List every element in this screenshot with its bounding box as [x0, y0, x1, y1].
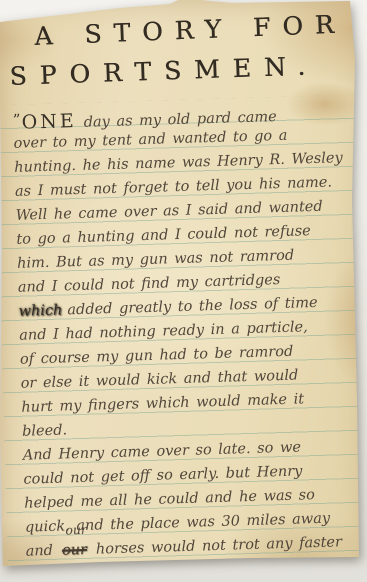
story-title: A STORY FOR SPORTSMEN.: [0, 11, 361, 91]
line-text: bleed.: [22, 422, 67, 439]
title-line-1: A STORY FOR: [34, 9, 360, 51]
paper-shadow: A STORY FOR SPORTSMEN. ”ONEday as my old…: [0, 0, 367, 582]
manuscript-paper: A STORY FOR SPORTSMEN. ”ONEday as my old…: [0, 0, 367, 582]
correction-group: ourour: [62, 538, 88, 563]
line-text: added greatly to the loss of time: [67, 295, 318, 318]
smudged-word: which: [18, 303, 62, 320]
struck-word: our: [62, 542, 87, 559]
story-body: ”ONEday as my old pard came over to my t…: [13, 98, 367, 564]
story-line: andourourhorses would not trot any faste…: [25, 530, 367, 564]
line-text: horses would not trot any faster: [96, 534, 342, 557]
opening-quote: ”: [13, 111, 21, 129]
photo-background: A STORY FOR SPORTSMEN. ”ONEday as my old…: [0, 0, 367, 582]
inserted-word: our: [65, 524, 87, 537]
paper-content: A STORY FOR SPORTSMEN. ”ONEday as my old…: [0, 0, 367, 582]
line-prefix: and: [25, 543, 53, 560]
line-text: hurt my fingers which would make it: [21, 391, 304, 415]
title-line-2: SPORTSMEN.: [9, 50, 361, 91]
